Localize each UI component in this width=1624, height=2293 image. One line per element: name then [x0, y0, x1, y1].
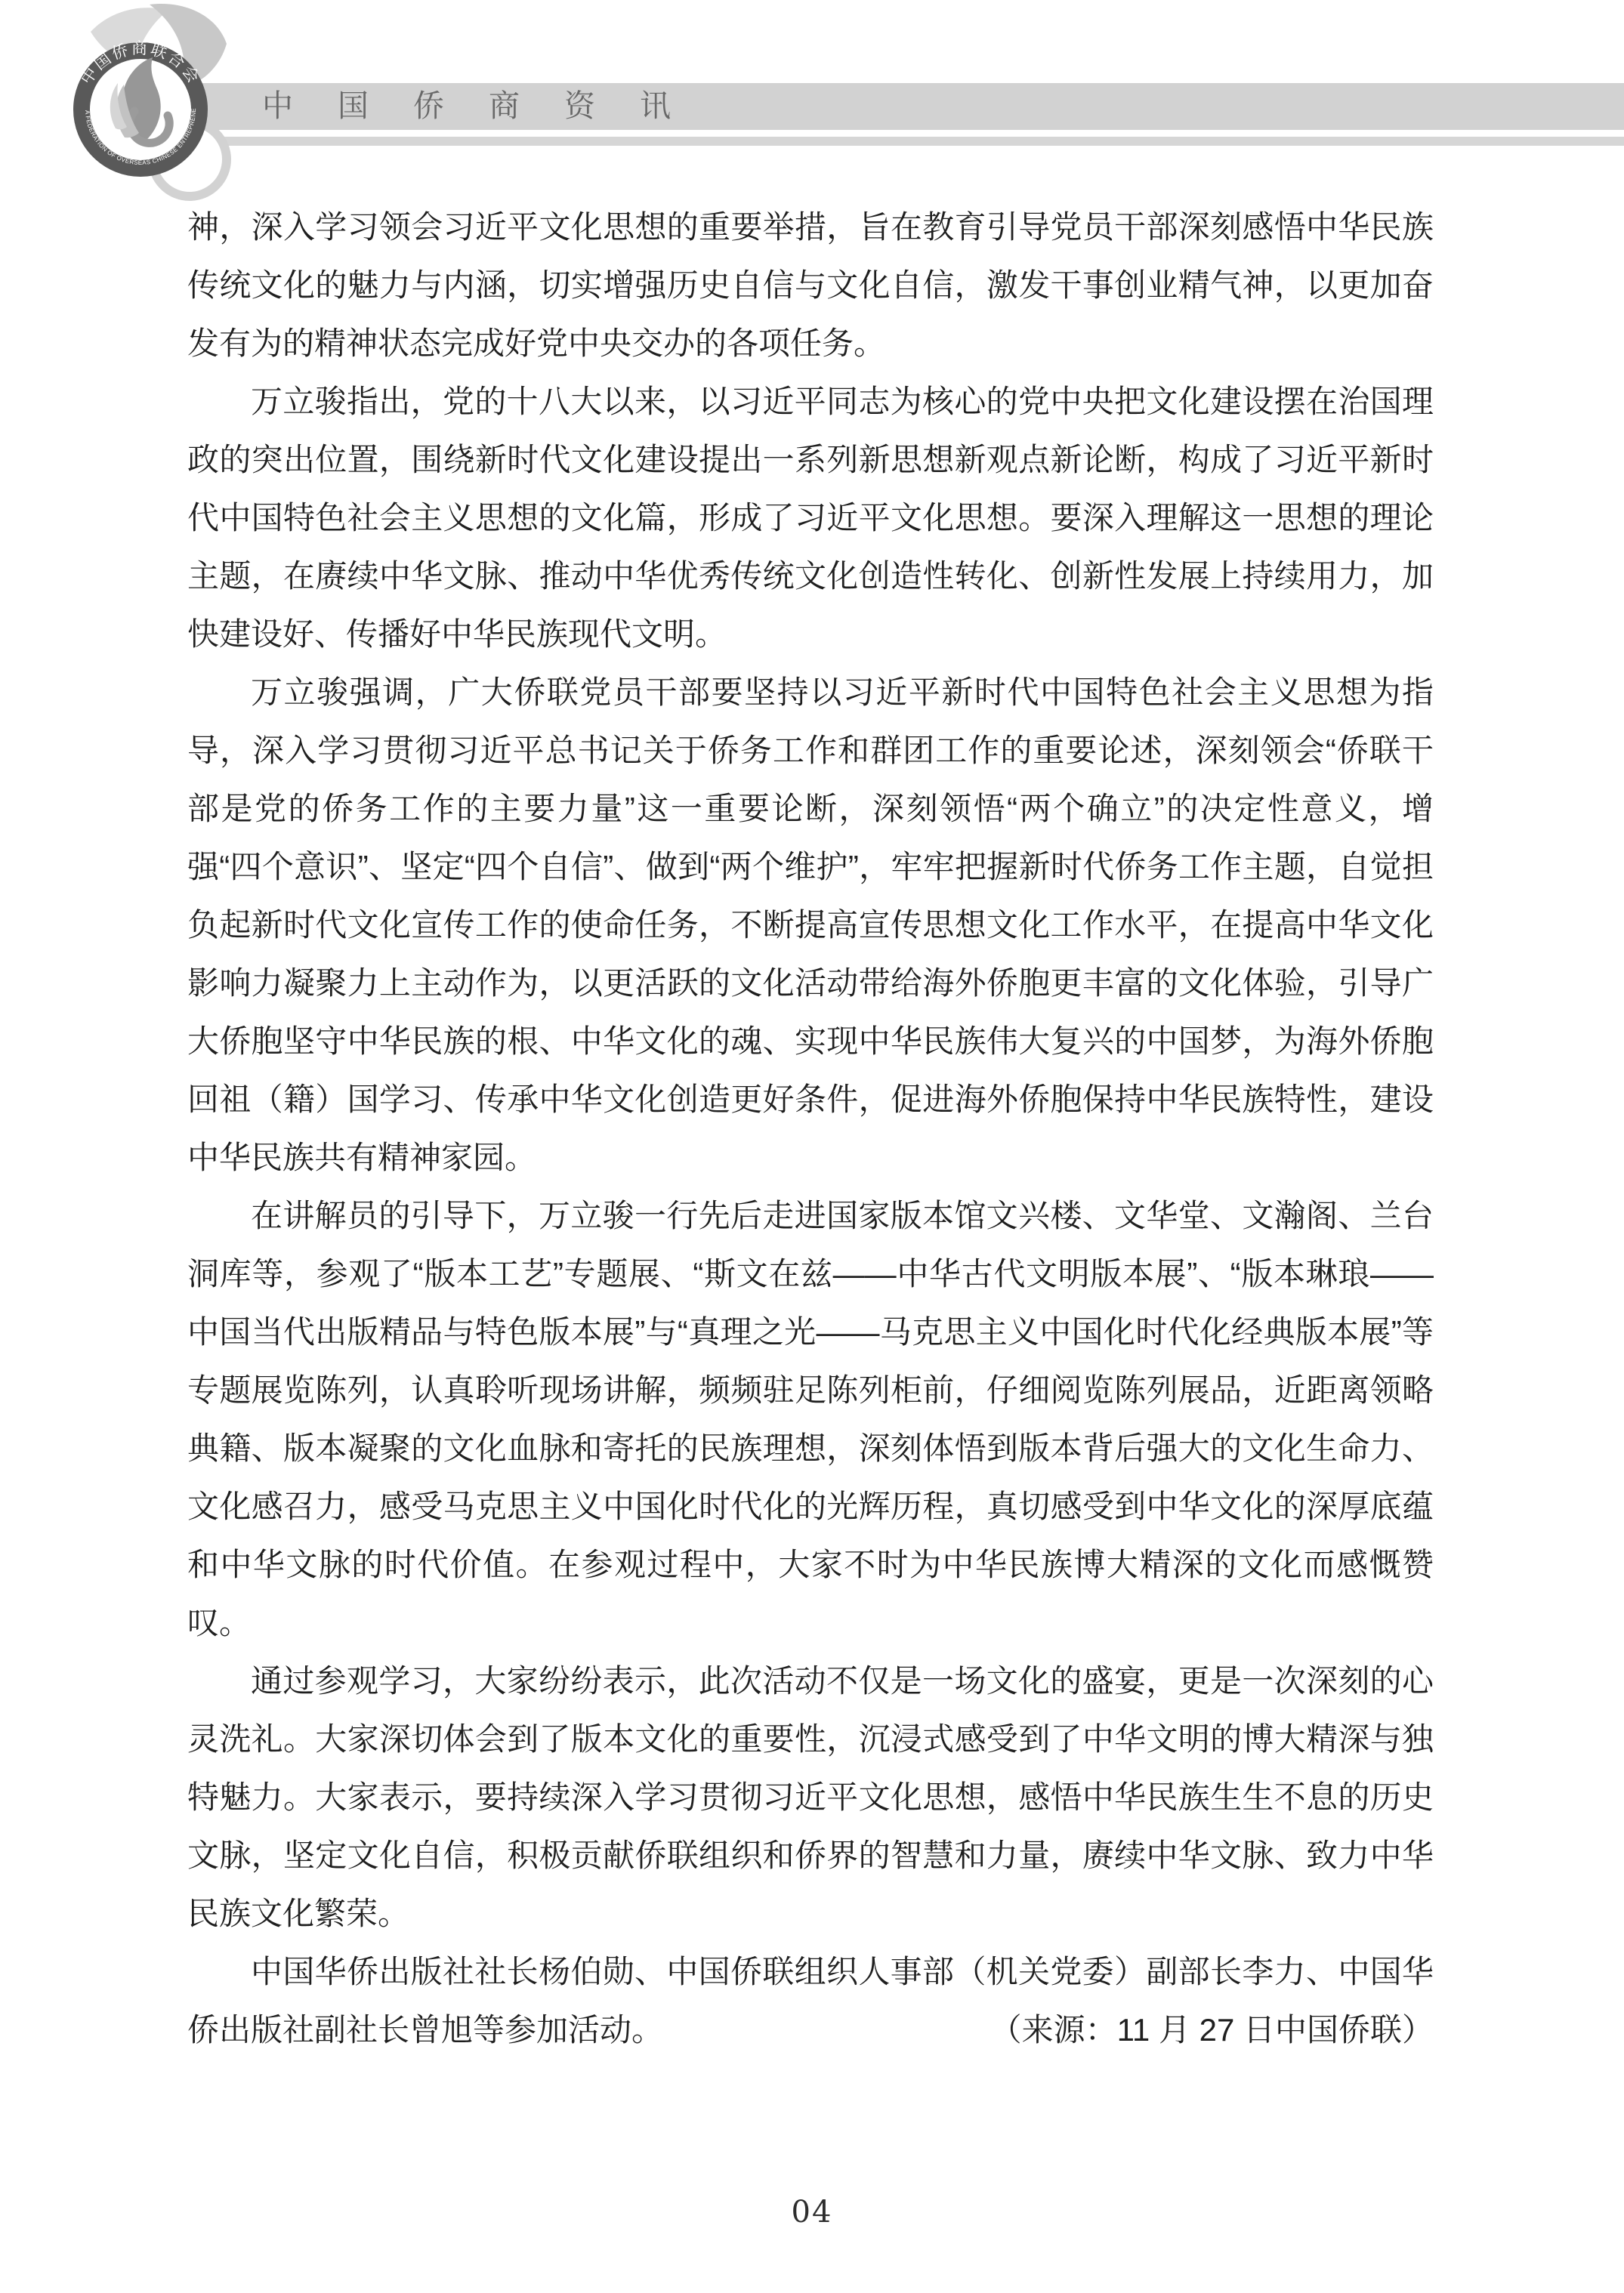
article: 神，深入学习领会习近平文化思想的重要举措，旨在教育引导党员干部深刻感悟中华民族传…: [187, 198, 1434, 2059]
paragraph-2: 万立骏指出，党的十八大以来，以习近平同志为核心的党中央把文化建设摆在治国理政的突…: [187, 372, 1434, 663]
paragraph-5: 通过参观学习，大家纷纷表示，此次活动不仅是一场文化的盛宴，更是一次深刻的心灵洗礼…: [187, 1652, 1434, 1943]
page-number: 04: [0, 2195, 1624, 2230]
source-note: （来源：11 月 27 日中国侨联）: [990, 2001, 1434, 2059]
org-logo-icon: 中国侨商联合会 CHINA FEDERATION OF OVERSEAS CHI…: [38, 0, 249, 230]
page: 中国侨商资讯 中国侨商联合会 CHINA FEDERATION OF OVERS…: [0, 0, 1624, 2293]
paragraph-6: 中国华侨出版社社长杨伯勋、中国侨联组织人事部（机关党委）副部长李力、中国华侨出版…: [187, 1943, 1434, 2059]
banner-title: 中国侨商资讯: [262, 91, 715, 122]
paragraph-3: 万立骏强调，广大侨联党员干部要坚持以习近平新时代中国特色社会主义思想为指导，深入…: [187, 663, 1434, 1187]
paragraph-1: 神，深入学习领会习近平文化思想的重要举措，旨在教育引导党员干部深刻感悟中华民族传…: [187, 198, 1434, 372]
paragraph-4: 在讲解员的引导下，万立骏一行先后走进国家版本馆文兴楼、文华堂、文瀚阁、兰台洞库等…: [187, 1187, 1434, 1652]
header-band-underline: [200, 137, 1624, 146]
